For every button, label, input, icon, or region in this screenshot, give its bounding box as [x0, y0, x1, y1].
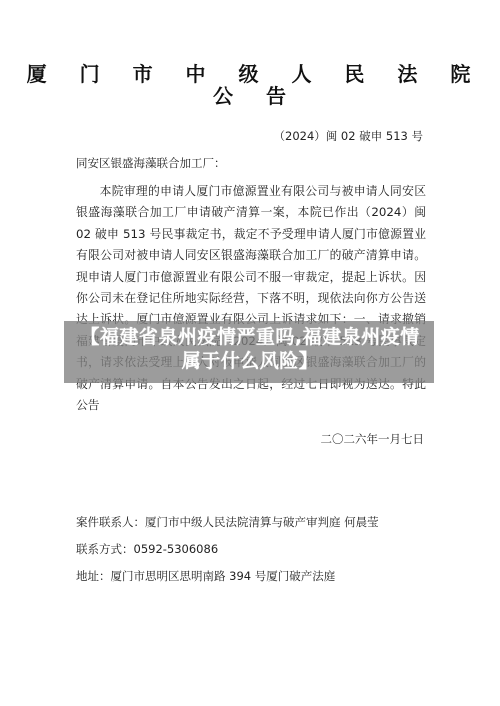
court-address: 地址：厦门市思明区思明南路 394 号厦门破产法庭	[76, 568, 335, 584]
contact-person: 案件联系人：厦门市中级人民法院清算与破产审判庭 何晨莹	[76, 514, 379, 530]
document-page: 厦 门 市 中 级 人 民 法 院 公 告 （2024）闽 02 破申 513 …	[0, 0, 500, 706]
case-number: （2024）闽 02 破申 513 号	[274, 128, 423, 144]
contact-phone: 联系方式：0592-5306086	[76, 541, 218, 557]
announcement-heading: 公 告	[0, 80, 500, 109]
caption-overlay-banner: 【福建省泉州疫情严重吗,福建泉州疫情属于什么风险】	[64, 321, 434, 383]
caption-overlay-text: 【福建省泉州疫情严重吗,福建泉州疫情属于什么风险】	[74, 325, 426, 373]
addressee: 同安区银盛海藻联合加工厂：	[76, 155, 226, 171]
announcement-date: 二〇二六年一月七日	[321, 431, 425, 447]
